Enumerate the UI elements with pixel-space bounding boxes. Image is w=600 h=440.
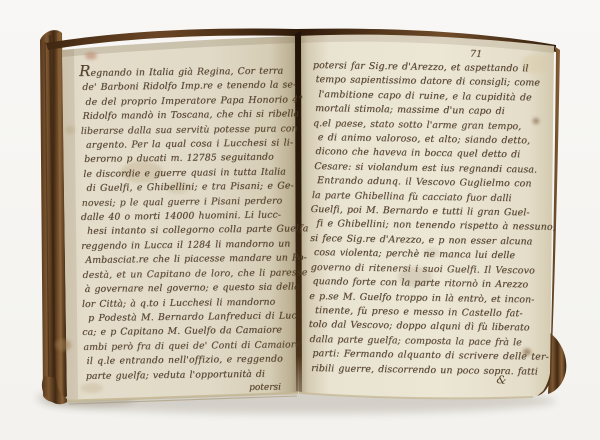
stain [65,126,75,134]
manuscript-line: parte guelfa; veduta l'opportunità di [86,367,301,384]
stain [55,339,71,351]
red-corner-stain [85,52,97,59]
photo-frame: Regnando in Italia già Regina, Cor terra… [0,0,600,440]
manuscript-left-text: Regnando in Italia già Regina, Cor terra… [79,61,301,395]
manuscript-right-text: potersi far Sig.re d'Arezzo, et aspettan… [308,59,545,393]
page-number: 71 [470,49,494,61]
